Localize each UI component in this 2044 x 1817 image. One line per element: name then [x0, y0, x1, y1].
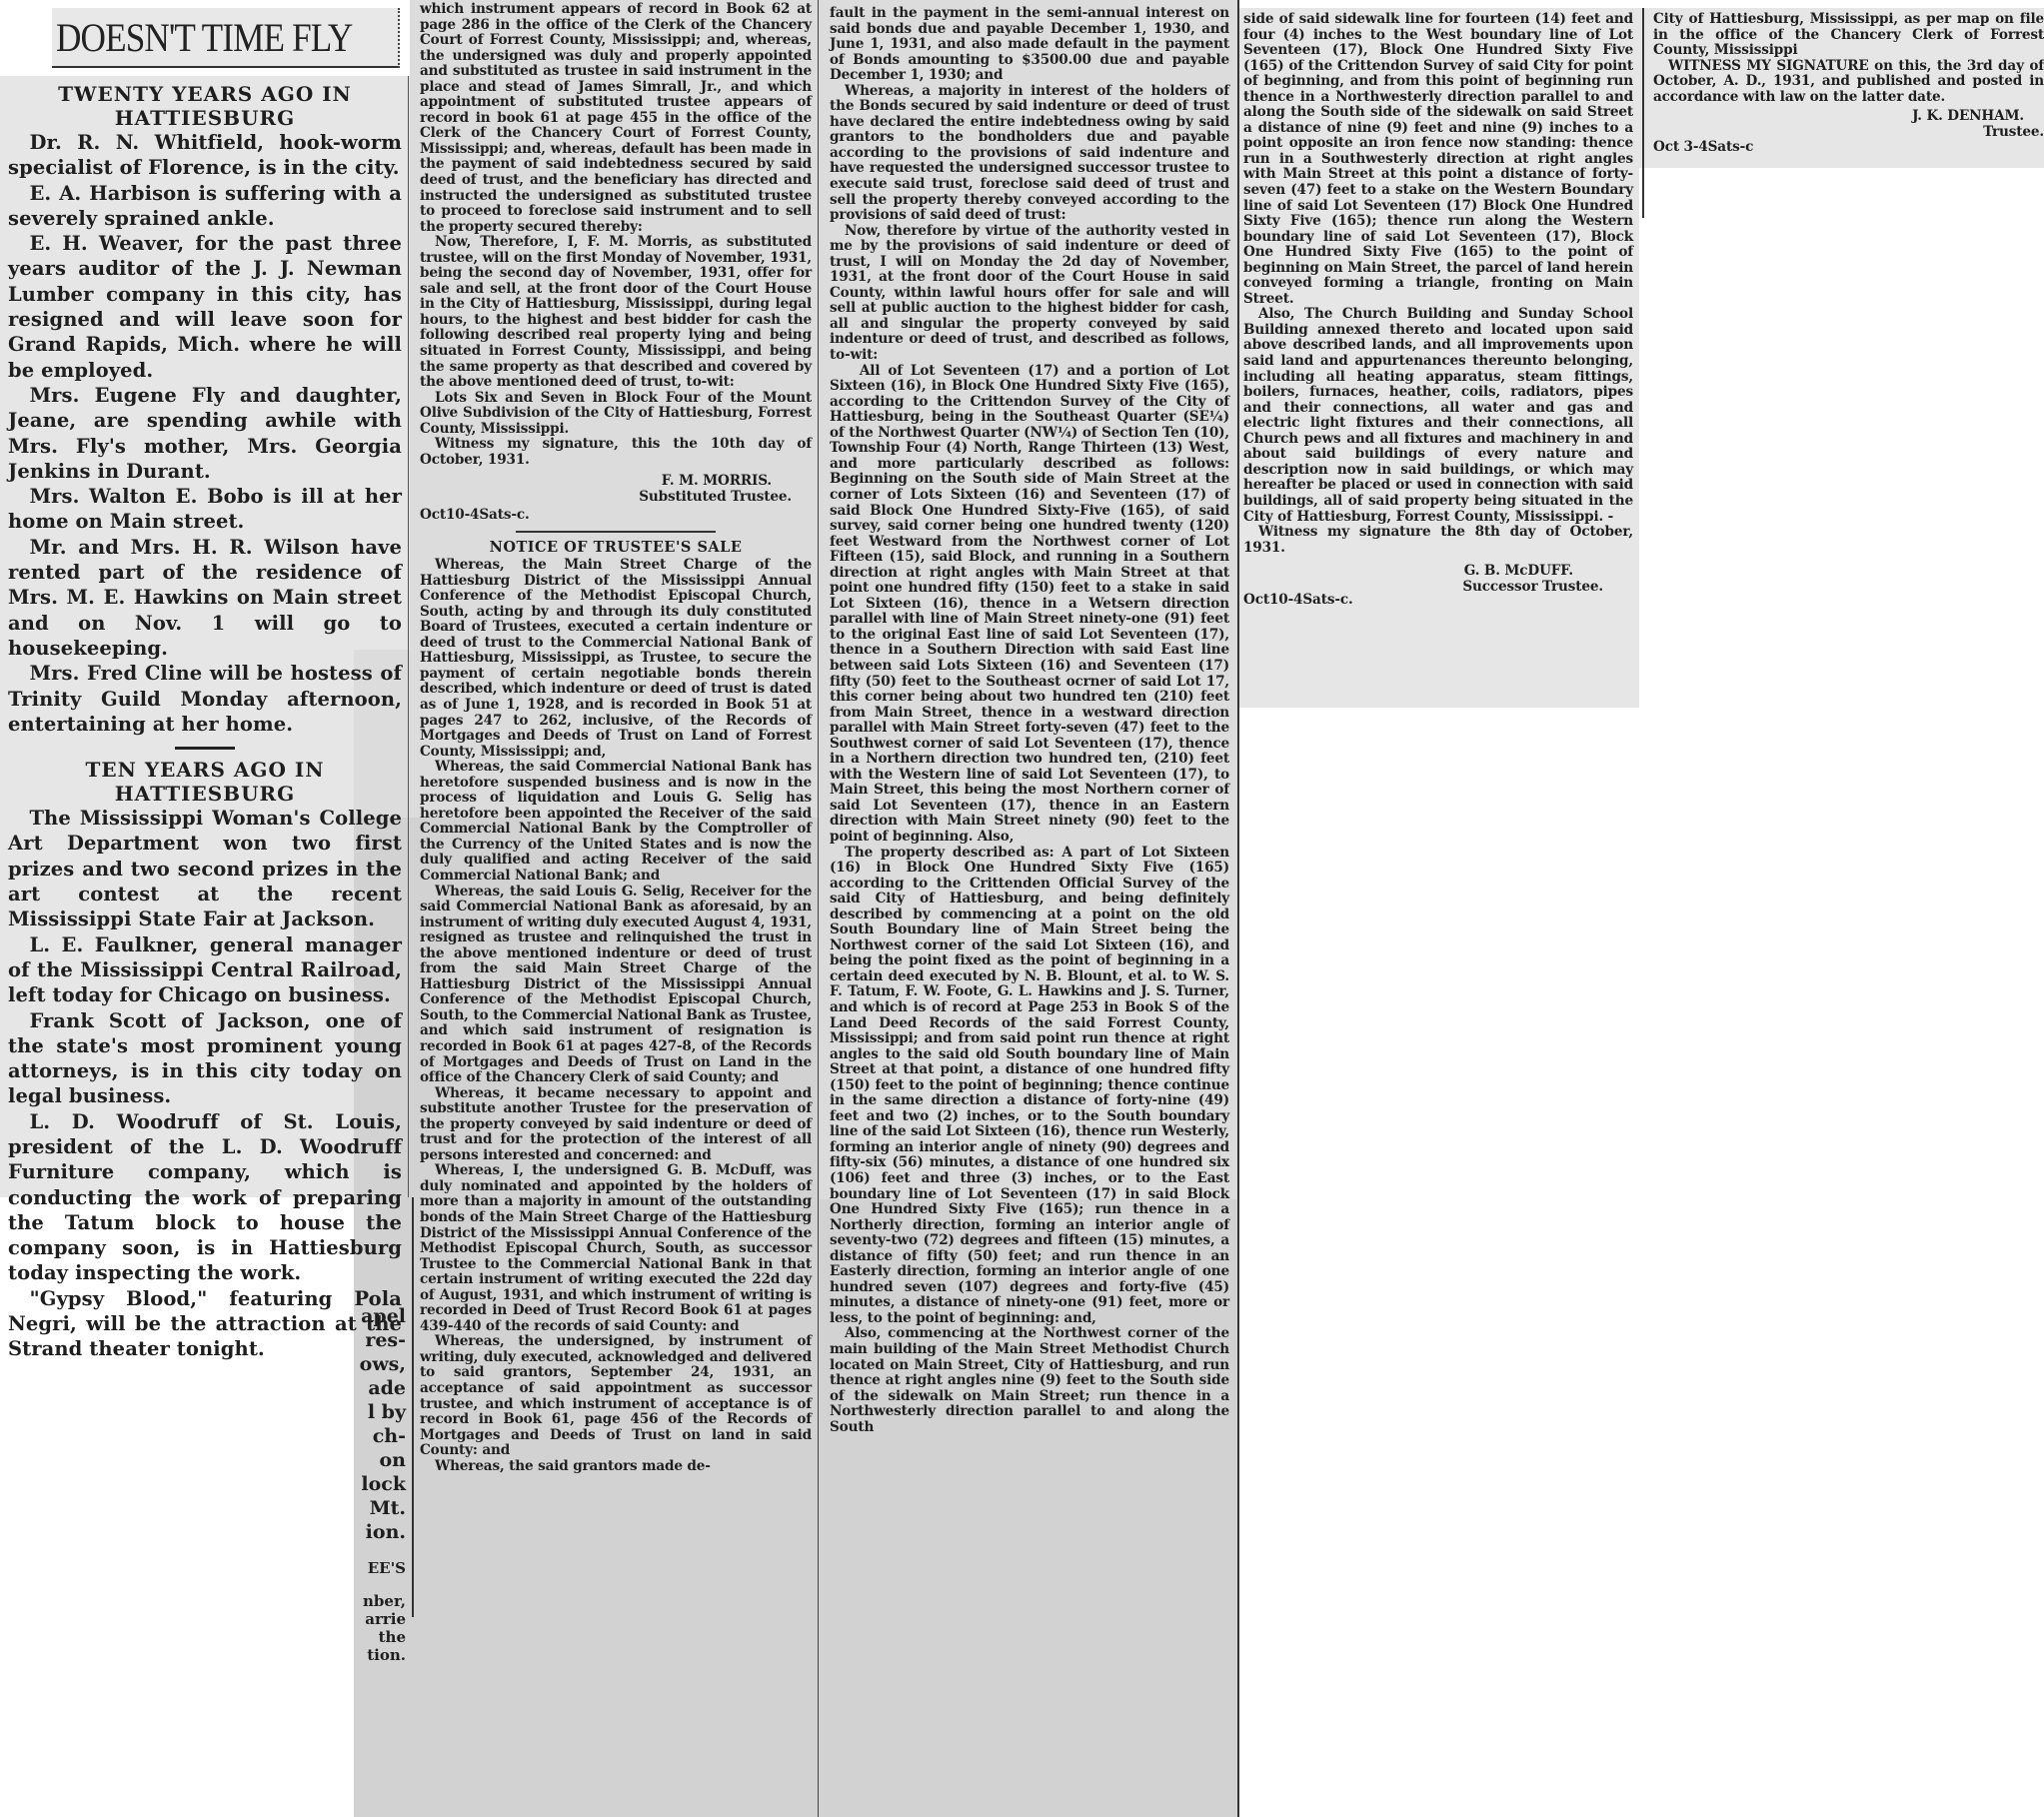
signature-name: J. K. DENHAM. [1653, 109, 2024, 125]
notice-paragraph: WITNESS MY SIGNATURE on this, the 3rd da… [1653, 59, 2044, 106]
notice-paragraph: Witness my signature the 8th day of Octo… [1243, 525, 1633, 556]
fragment-line: the [379, 1628, 406, 1646]
column-rule [1642, 8, 1644, 218]
publication-tag: Oct 3-4Sats-c [1653, 140, 2044, 156]
fragment-line: lock [361, 1472, 406, 1496]
column-rule [412, 1197, 414, 1617]
column-rule [408, 76, 409, 1197]
news-item: L. D. Woodruff of St. Louis, president o… [8, 1109, 402, 1286]
column-legal-notices-2: fault in the payment in the semi-annual … [830, 6, 1229, 1435]
fragment-line: ion. [366, 1520, 406, 1544]
news-item: Mr. and Mrs. H. R. Wilson have rented pa… [8, 535, 402, 661]
fragment-line: tion. [367, 1646, 406, 1664]
column-legal-notices-1: which instrument appears of record in Bo… [420, 2, 812, 1474]
fragment-line: Mt. [370, 1496, 406, 1520]
notice-paragraph: fault in the payment in the semi-annual … [830, 6, 1229, 84]
notice-paragraph: City of Hattiesburg, Mississippi, as per… [1653, 12, 2044, 59]
news-item: Mrs. Fred Cline will be hostess of Trini… [8, 661, 402, 737]
section-divider [175, 747, 235, 750]
news-item: Frank Scott of Jackson, one of the state… [8, 1008, 402, 1109]
news-item: Mrs. Eugene Fly and daughter, Jeane, are… [8, 383, 402, 484]
notice-paragraph: Lots Six and Seven in Block Four of the … [420, 391, 812, 438]
news-item: L. E. Faulkner, general manager of the M… [8, 932, 402, 1008]
notice-paragraph: Whereas, the said Louis G. Selig, Receiv… [420, 885, 812, 1086]
fragment-line: arrie [365, 1610, 406, 1628]
news-item: E. H. Weaver, for the past three years a… [8, 231, 402, 383]
signature-title: Trustee. [1653, 125, 2044, 141]
notice-paragraph: side of said sidewalk line for fourteen … [1243, 12, 1633, 307]
notice-paragraph: All of Lot Seventeen (17) and a portion … [830, 364, 1229, 846]
signature-name: G. B. McDUFF. [1243, 564, 1573, 580]
publication-tag: Oct10-4Sats-c. [1243, 593, 1633, 609]
notice-paragraph: Whereas, the said grantors made de- [420, 1459, 812, 1475]
notice-divider [516, 531, 716, 533]
column-rule [1237, 0, 1239, 1817]
notice-paragraph: Witness my signature, this the 10th day … [420, 437, 812, 468]
column-rule [818, 0, 819, 1817]
fragment-line: on [380, 1448, 407, 1472]
fragment-line: ch- [373, 1424, 406, 1448]
notice-paragraph: which instrument appears of record in Bo… [420, 2, 812, 235]
column-legal-notices-3: side of said sidewalk line for fourteen … [1243, 12, 1633, 609]
fragment-line: ade [368, 1376, 406, 1400]
fragment-line: nber, [363, 1592, 406, 1610]
news-item: The Mississippi Woman's College Art Depa… [8, 806, 402, 931]
notice-paragraph: Whereas, a majority in interest of the h… [830, 84, 1229, 224]
notice-paragraph: Also, commencing at the Northwest corner… [830, 1326, 1229, 1435]
column-legal-notices-4: City of Hattiesburg, Mississippi, as per… [1653, 12, 2044, 156]
headline: DOESN'T TIME FLY [56, 14, 352, 61]
section-heading-twenty-years: TWENTY YEARS AGO IN HATTIESBURG [8, 82, 402, 130]
notice-paragraph: Whereas, the undersigned, by instrument … [420, 1334, 812, 1458]
notice-paragraph: Whereas, I, the undersigned G. B. McDuff… [420, 1163, 812, 1334]
notice-paragraph: The property described as: A part of Lot… [830, 846, 1229, 1327]
notice-paragraph: Whereas, it became necessary to appoint … [420, 1086, 812, 1164]
notice-paragraph: Now, Therefore, I, F. M. Morris, as subs… [420, 235, 812, 390]
fragment-line: res- [365, 1328, 406, 1352]
publication-tag: Oct10-4Sats-c. [420, 508, 812, 524]
news-item: Mrs. Walton E. Bobo is ill at her home o… [8, 484, 402, 535]
signature-name: F. M. MORRIS. [420, 474, 772, 490]
fragment-line: apel [361, 1304, 406, 1328]
news-item: E. A. Harbison is suffering with a sever… [8, 181, 402, 232]
signature-title: Substituted Trustee. [420, 490, 792, 506]
notice-paragraph: Also, The Church Building and Sunday Sch… [1243, 307, 1633, 525]
headline-underline [52, 60, 398, 68]
fragment-line: EE'S [368, 1556, 406, 1580]
clipped-column-fragment: apel res- ows, ade l by ch- on lock Mt. … [340, 1304, 406, 1634]
fragment-line: ows, [360, 1352, 406, 1376]
column-doesnt-time-fly: TWENTY YEARS AGO IN HATTIESBURG Dr. R. N… [8, 80, 402, 1362]
notice-paragraph: Now, therefore by virtue of the authorit… [830, 224, 1229, 364]
headline-box: DOESN'T TIME FLY [52, 8, 400, 68]
notice-paragraph: Whereas, the Main Street Charge of the H… [420, 558, 812, 760]
fragment-line: l by [368, 1400, 406, 1424]
news-item: Dr. R. N. Whitfield, hook-worm specialis… [8, 130, 402, 181]
notice-paragraph: Whereas, the said Commercial National Ba… [420, 760, 812, 884]
notice-heading: NOTICE OF TRUSTEE'S SALE [420, 539, 812, 556]
section-heading-ten-years: TEN YEARS AGO IN HATTIESBURG [8, 758, 402, 806]
